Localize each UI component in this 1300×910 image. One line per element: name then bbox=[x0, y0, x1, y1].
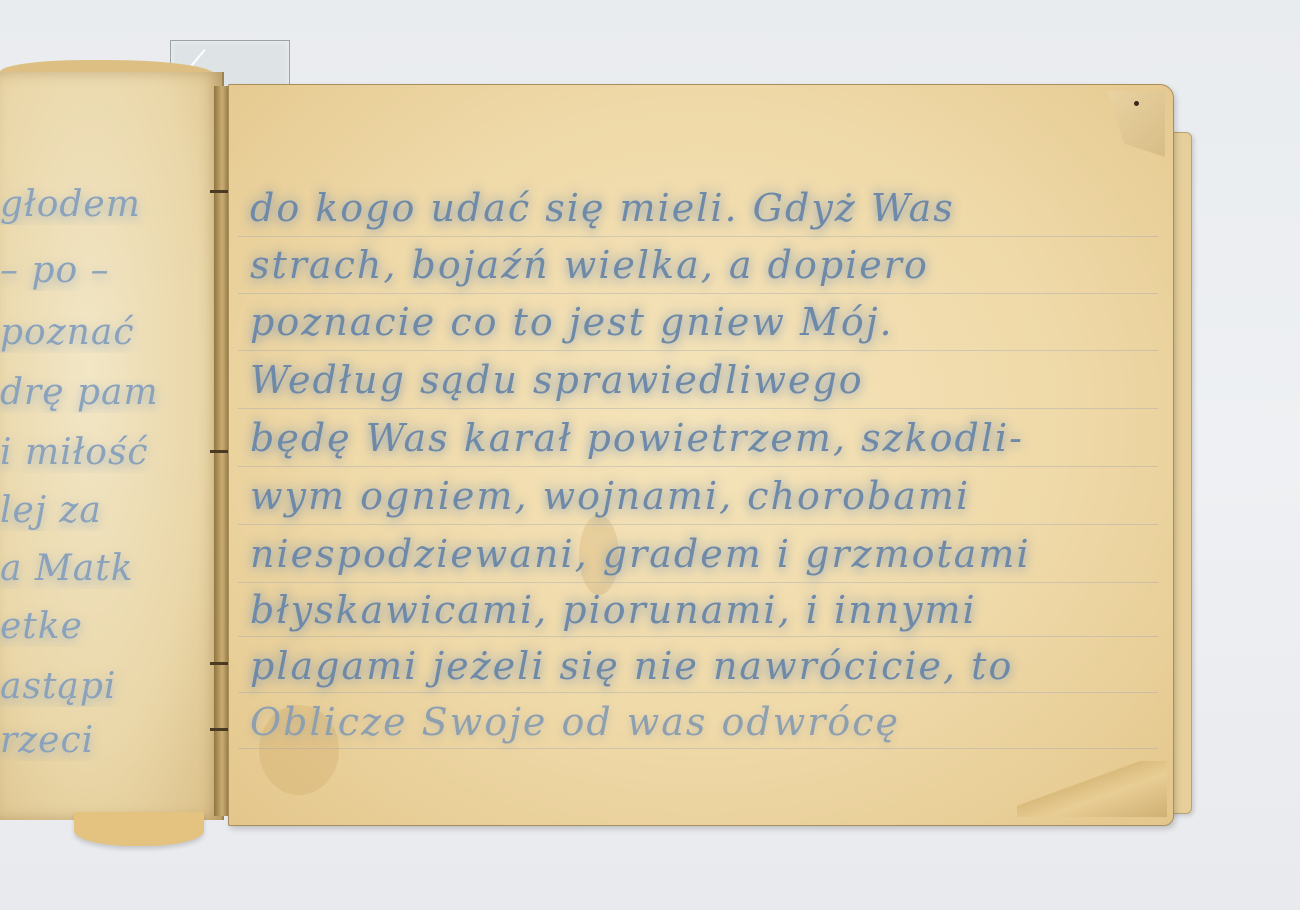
ruled-line bbox=[238, 236, 1158, 237]
ruled-line bbox=[238, 636, 1158, 637]
notebook-photo: głodem – po – poznać drę pam i miłość le… bbox=[0, 0, 1300, 910]
left-fragment: etke bbox=[0, 606, 215, 647]
left-page: głodem – po – poznać drę pam i miłość le… bbox=[0, 72, 224, 820]
ruled-line bbox=[238, 350, 1158, 351]
ruled-line bbox=[238, 692, 1158, 693]
ruled-line bbox=[238, 748, 1158, 749]
ruled-line bbox=[238, 466, 1158, 467]
ruled-line bbox=[238, 582, 1158, 583]
left-fragment: a Matk bbox=[0, 548, 215, 589]
ruled-line bbox=[238, 524, 1158, 525]
binding-stitch bbox=[210, 728, 230, 731]
left-fragment: astąpi bbox=[0, 666, 215, 707]
left-fragment: i miłość bbox=[0, 432, 215, 473]
pin-hole bbox=[1134, 101, 1139, 106]
binding-stitch bbox=[210, 190, 230, 193]
left-page-torn-tab bbox=[74, 812, 204, 846]
left-fragment: lej za bbox=[0, 490, 215, 531]
ruled-line bbox=[238, 408, 1158, 409]
left-fragment: rzeci bbox=[0, 720, 215, 761]
handwritten-line: wym ogniem, wojnami, chorobami bbox=[250, 474, 1150, 518]
handwritten-line: niespodziewani, gradem i grzmotami bbox=[250, 532, 1150, 576]
handwritten-line: do kogo udać się mieli. Gdyż Was bbox=[250, 186, 1150, 230]
handwritten-line: Według sądu sprawiedliwego bbox=[250, 358, 1150, 402]
handwritten-line: plagami jeżeli się nie nawrócicie, to bbox=[250, 644, 1150, 688]
left-fragment: drę pam bbox=[0, 372, 215, 413]
binding-stitch bbox=[210, 450, 230, 453]
handwritten-line: strach, bojaźń wielka, a dopiero bbox=[250, 243, 1150, 287]
binding-stitch bbox=[210, 662, 230, 665]
handwritten-line: będę Was karał powietrzem, szkodli- bbox=[250, 416, 1150, 460]
handwritten-line: błyskawicami, piorunami, i innymi bbox=[250, 588, 1150, 632]
handwritten-line: poznacie co to jest gniew Mój. bbox=[250, 300, 1150, 344]
folded-corner-bottom bbox=[1017, 761, 1167, 817]
ruled-line bbox=[238, 293, 1158, 294]
left-fragment: – po – bbox=[0, 250, 215, 291]
left-fragment: poznać bbox=[0, 312, 215, 353]
handwritten-line: Oblicze Swoje od was odwrócę bbox=[250, 700, 1150, 744]
left-fragment: głodem bbox=[0, 184, 215, 225]
